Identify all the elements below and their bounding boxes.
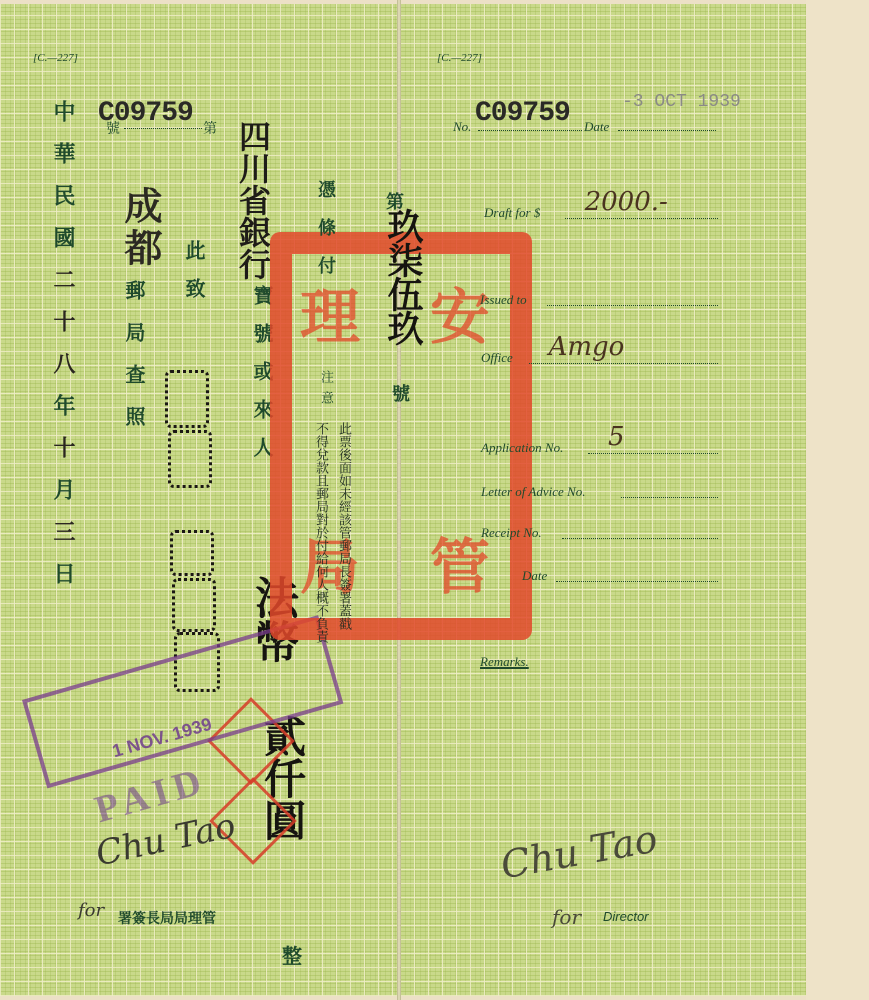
field-line: [621, 497, 718, 498]
field-line: [562, 538, 718, 539]
notice-label: 注意: [316, 370, 335, 412]
field-line: [588, 453, 718, 454]
director-signature-for: for: [552, 905, 581, 929]
stub-footer: 管理局局長簽署: [118, 908, 216, 928]
instruction: 憑條付: [312, 180, 338, 294]
field-label: Office: [481, 350, 513, 366]
addressee-handwritten: 成都: [113, 186, 168, 270]
date-char: 月: [50, 478, 76, 520]
middle-number-handwritten: 玖柒伍玖: [378, 208, 429, 344]
no-label: No.: [453, 119, 471, 135]
notice-text-1: 此票後面如未經該管郵局長簽署蓋戳: [336, 422, 351, 630]
form-code-left: [C.—227]: [33, 52, 78, 64]
seal-glyph: 局: [300, 520, 360, 606]
paper-margin: [806, 0, 869, 1000]
field-value-handwritten: Amgo: [549, 332, 625, 362]
field-label: Letter of Advice No.: [481, 484, 585, 500]
notice-text-2: 不得兌款且郵局對於付給何人概不負責: [313, 422, 328, 643]
serial-prefix: 第: [203, 118, 217, 138]
field-label: Receipt No.: [481, 525, 542, 541]
serial-line: [124, 128, 202, 129]
no-line: [478, 130, 582, 131]
date-char: 年: [50, 394, 76, 436]
date-char: 中: [50, 100, 76, 142]
salutation: 此致: [180, 240, 209, 316]
field-label: Draft for $: [484, 205, 540, 221]
perforation-text: CANCELLED: [165, 480, 175, 490]
field-label: Issued to: [480, 292, 527, 308]
date-char: 民: [50, 184, 76, 226]
serial-number-left: C09759: [98, 98, 193, 129]
date-char: 日: [50, 562, 76, 604]
amount-suffix: 整: [282, 940, 302, 969]
stub-signature-for: for: [78, 900, 104, 921]
field-value-handwritten: 2000.-: [585, 187, 668, 217]
director-label: Director: [603, 909, 649, 924]
remittance-draft: [C.—227] 號 C09759 第 中華民國二十八年十月三日 成都 郵局查照…: [0, 0, 869, 1000]
serial-number-right: C09759: [475, 98, 570, 129]
perforation-letter: [170, 530, 214, 576]
date-stamp-value: -3 OCT 1939: [622, 92, 741, 112]
middle-number-suffix: 號: [392, 380, 410, 406]
field-line: [547, 305, 718, 306]
remarks-label: Remarks.: [480, 654, 529, 670]
field-value-handwritten: 5: [608, 422, 625, 452]
field-line: [565, 218, 718, 219]
date-char: 國: [50, 226, 76, 268]
date-label: Date: [584, 119, 609, 135]
date-char: 華: [50, 142, 76, 184]
field-line: [529, 363, 718, 364]
addressee-printed: 郵局查照: [120, 280, 149, 448]
form-code-right: [C.—227]: [437, 52, 482, 64]
seal-glyph: 安: [430, 270, 490, 356]
date-char: 三: [50, 520, 76, 562]
field-label: Date: [522, 568, 547, 584]
issue-date-column: 中華民國二十八年十月三日: [52, 100, 74, 604]
date-char: 二十八: [50, 268, 76, 394]
field-line: [556, 581, 718, 582]
field-label: Application No.: [481, 440, 563, 456]
perforation-letter: [165, 370, 209, 428]
perforation-letter: [172, 578, 216, 632]
date-char: 十: [50, 436, 76, 478]
date-line: [618, 130, 716, 131]
